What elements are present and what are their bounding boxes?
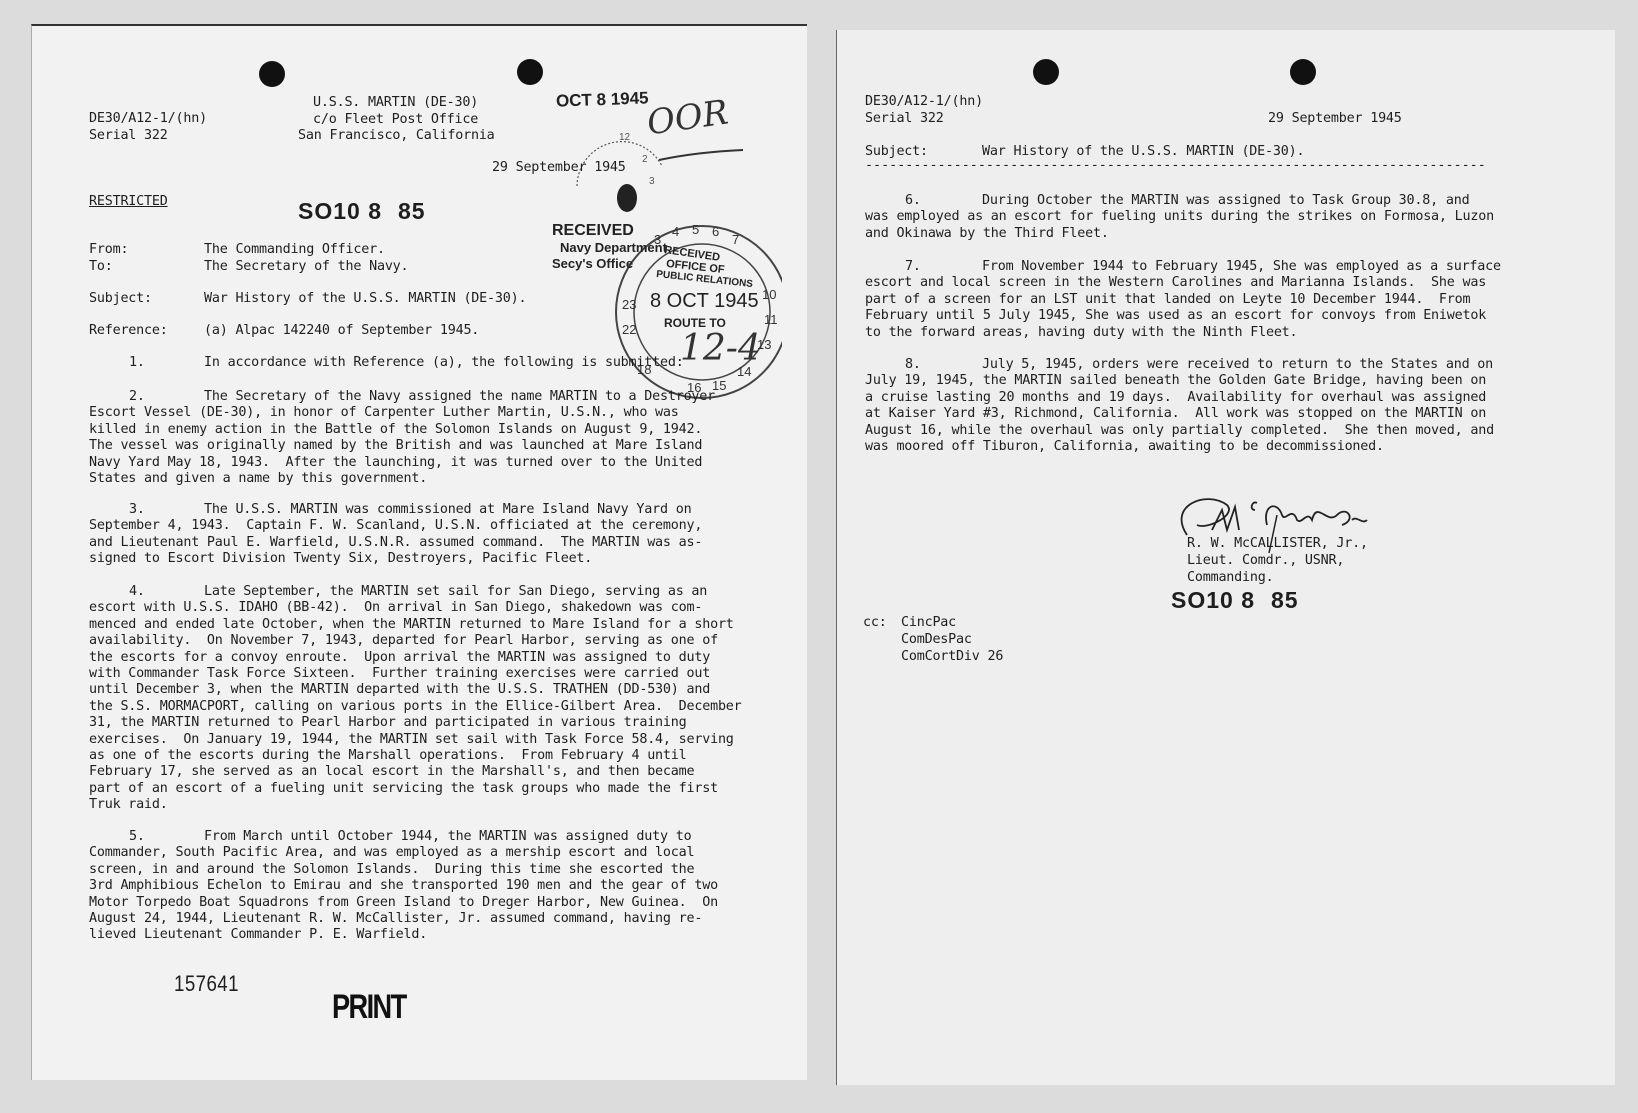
svg-text:10: 10: [762, 287, 776, 302]
paragraph-number: 6.: [905, 192, 921, 209]
signer-name: R. W. McCALLISTER, Jr.,: [1187, 535, 1368, 552]
paragraph-line: States and given a name by this governme…: [89, 470, 427, 487]
paragraph-line: August 24, 1944, Lieutenant R. W. McCall…: [89, 910, 702, 927]
paragraph-line: February until 5 July 1945, She was used…: [865, 307, 1486, 324]
paragraph-line: to the forward areas, having duty with t…: [865, 324, 1297, 341]
paragraph-line: the S.S. MORMACPORT, calling on various …: [89, 698, 742, 715]
to-label: To:: [89, 258, 113, 275]
paragraph-line: was employed as an escort for fueling un…: [865, 208, 1494, 225]
handwritten-underline: [657, 146, 747, 166]
paragraph-line: and Lieutenant Paul E. Warfield, U.S.N.R…: [89, 534, 702, 551]
paragraph-line: the escorts for a convoy enroute. Upon a…: [89, 649, 710, 666]
paragraph-line: until December 3, when the MARTIN depart…: [89, 681, 710, 698]
print-stamp: PRINT: [332, 988, 406, 1027]
paragraph-line: with Commander Task Force Sixteen. Furth…: [89, 665, 710, 682]
paragraph-line: Escort Vessel (DE-30), in honor of Carpe…: [89, 404, 679, 421]
subject-label: Subject:: [865, 143, 928, 160]
svg-text:23: 23: [622, 297, 636, 312]
from-label: From:: [89, 241, 128, 258]
binder-hole: [1033, 59, 1059, 85]
paragraph-line: at Kaiser Yard #3, Richmond, California.…: [865, 405, 1486, 422]
paragraph-line: 3rd Amphibious Echelon to Emirau and she…: [89, 877, 718, 894]
paragraph-line: menced and ended late October, when the …: [89, 616, 734, 633]
paragraph-line: Navy Yard May 18, 1943. After the launch…: [89, 454, 702, 471]
binder-hole: [259, 61, 285, 87]
paragraph-line: lieved Lieutenant Commander P. E. Warfie…: [89, 926, 427, 943]
paragraph-line: as one of the escorts during the Marshal…: [89, 747, 687, 764]
binder-hole: [1290, 59, 1316, 85]
paragraph-number: 4.: [129, 583, 145, 600]
date-received-stamp: OCT 8 1945: [556, 88, 649, 111]
serial-number: Serial 322: [865, 110, 944, 127]
paragraph-number: 3.: [129, 501, 145, 518]
paragraph-line: was moored off Tiburon, California, awai…: [865, 438, 1384, 455]
svg-text:5: 5: [692, 222, 699, 237]
paragraph-line: part of an escort of a fueling unit serv…: [89, 780, 718, 797]
letterhead-line: c/o Fleet Post Office: [313, 111, 478, 128]
paragraph-line: From November 1944 to February 1945, She…: [982, 258, 1501, 275]
paragraph-line: killed in enemy action in the Battle of …: [89, 421, 702, 438]
document-page-1: DE30/A12-1/(hn) Serial 322 U.S.S. MARTIN…: [31, 24, 807, 1080]
from-value: The Commanding Officer.: [204, 241, 385, 258]
signer-rank: Lieut. Comdr., USNR,: [1187, 552, 1344, 569]
paragraph-line: escort with U.S.S. IDAHO (BB-42). On arr…: [89, 599, 702, 616]
document-number: 157641: [174, 971, 239, 997]
svg-text:22: 22: [622, 322, 636, 337]
letter-date: 29 September 1945: [1268, 110, 1402, 127]
paragraph-line: availability. On November 7, 1943, depar…: [89, 632, 718, 649]
paragraph-line: February 17, she served as an local esco…: [89, 763, 694, 780]
subject-value: War History of the U.S.S. MARTIN (DE-30)…: [204, 290, 526, 307]
letterhead-line: U.S.S. MARTIN (DE-30): [313, 94, 478, 111]
paragraph-line: August 16, while the overhaul was only p…: [865, 422, 1494, 439]
received-stamp: 345 67 101113 141516 182322 RECEIVED Nav…: [552, 204, 782, 404]
document-page-2: DE30/A12-1/(hn) Serial 322 29 September …: [836, 30, 1615, 1085]
paragraph-line: The Secretary of the Navy assigned the n…: [204, 388, 715, 405]
paragraph-line: a cruise lasting 20 months and 19 days. …: [865, 389, 1486, 406]
cc-recipient: CincPac: [901, 614, 956, 631]
to-value: The Secretary of the Navy.: [204, 258, 408, 275]
letterhead-line: San Francisco, California: [298, 127, 495, 144]
svg-text:11: 11: [764, 312, 778, 327]
letter-date: 29 September 1945: [492, 159, 626, 176]
paragraph-line: July 5, 1945, orders were received to re…: [982, 356, 1493, 373]
binder-hole: [517, 59, 543, 85]
svg-text:3: 3: [649, 176, 655, 187]
paragraph-line: screen, in and around the Solomon Island…: [89, 861, 694, 878]
paragraph-line: Commander, South Pacific Area, and was e…: [89, 844, 694, 861]
paragraph-line: July 19, 1945, the MARTIN sailed beneath…: [865, 372, 1486, 389]
serial-number: Serial 322: [89, 127, 168, 144]
paragraph-number: 5.: [129, 828, 145, 845]
subject-label: Subject:: [89, 290, 152, 307]
paragraph-line: and Okinawa by the Third Fleet.: [865, 225, 1109, 242]
file-code: DE30/A12-1/(hn): [89, 110, 207, 127]
paragraph-line: The vessel was originally named by the B…: [89, 437, 702, 454]
paragraph-number: 8.: [905, 356, 921, 373]
separator-line: ----------------------------------------…: [865, 161, 1495, 171]
paragraph-line: signed to Escort Division Twenty Six, De…: [89, 550, 592, 567]
cc-label: cc:: [863, 614, 887, 631]
paragraph-line: Late September, the MARTIN set sail for …: [204, 583, 707, 600]
svg-text:4: 4: [672, 224, 679, 239]
classification-label: RESTRICTED: [89, 193, 168, 210]
paragraph-line: part of a screen for an LST unit that la…: [865, 291, 1470, 308]
file-code: DE30/A12-1/(hn): [865, 93, 983, 110]
paragraph-number: 1.: [129, 354, 145, 371]
paragraph-line: From March until October 1944, the MARTI…: [204, 828, 691, 845]
stamp-number: SO10 885: [1171, 587, 1299, 614]
paragraph-line: exercises. On January 19, 1944, the MART…: [89, 731, 734, 748]
svg-text:2: 2: [642, 154, 648, 165]
paragraph-number: 7.: [905, 258, 921, 275]
paragraph-line: In accordance with Reference (a), the fo…: [204, 354, 684, 371]
svg-text:7: 7: [732, 232, 739, 247]
subject-value: War History of the U.S.S. MARTIN (DE-30)…: [982, 143, 1304, 160]
cc-recipient: ComCortDiv 26: [901, 648, 1003, 665]
reference-label: Reference:: [89, 322, 168, 339]
stamp-number: SO10 885: [298, 198, 426, 225]
svg-text:6: 6: [712, 224, 719, 239]
paragraph-line: September 4, 1943. Captain F. W. Scanlan…: [89, 517, 702, 534]
paragraph-line: Truk raid.: [89, 796, 168, 813]
paragraph-line: 31, the MARTIN returned to Pearl Harbor …: [89, 714, 687, 731]
cc-recipient: ComDesPac: [901, 631, 972, 648]
paragraph-number: 2.: [129, 388, 145, 405]
svg-text:12: 12: [619, 132, 631, 143]
signer-title: Commanding.: [1187, 569, 1273, 586]
reference-value: (a) Alpac 142240 of September 1945.: [204, 322, 479, 339]
paragraph-line: During October the MARTIN was assigned t…: [982, 192, 1469, 209]
paragraph-line: escort and local screen in the Western C…: [865, 274, 1486, 291]
paragraph-line: Motor Torpedo Boat Squadrons from Green …: [89, 894, 718, 911]
paragraph-line: The U.S.S. MARTIN was commissioned at Ma…: [204, 501, 691, 518]
